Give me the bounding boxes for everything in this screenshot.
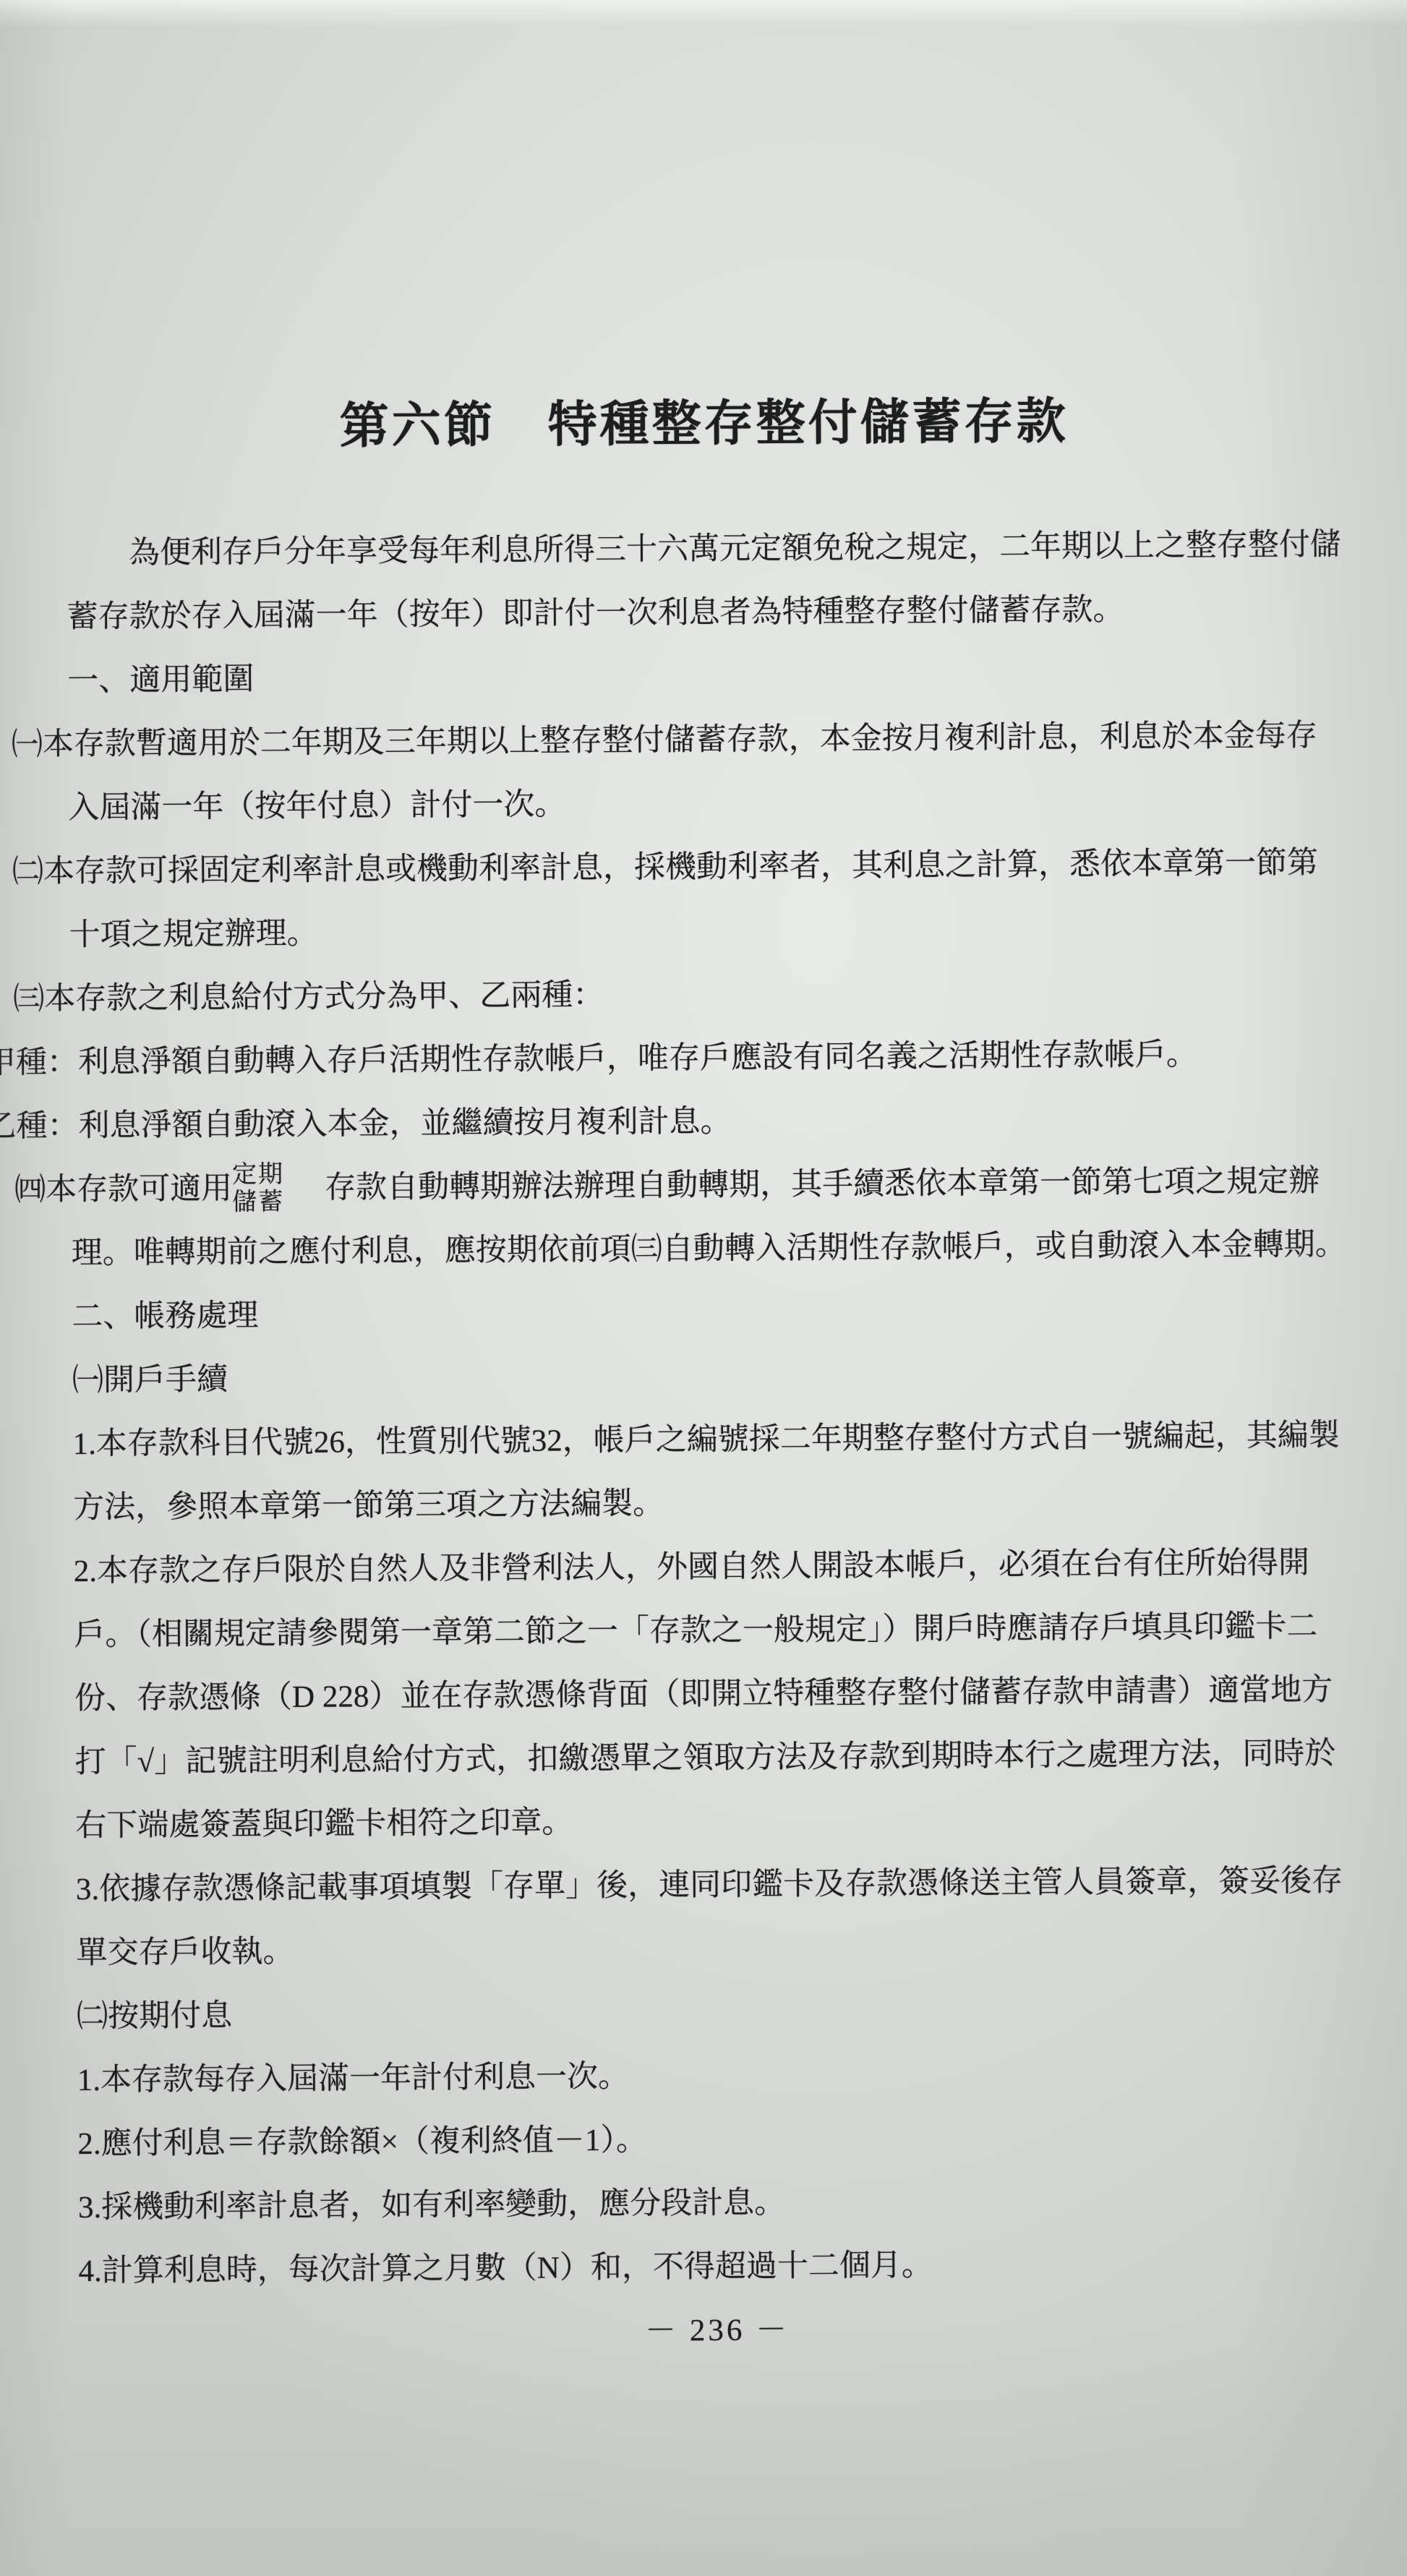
list-marker: ㈢	[13, 982, 44, 1016]
item-number: 2.	[74, 1554, 98, 1588]
numbered-item: 1.本存款科目代號26，性質別代號32，帳戶之編號採二年期整存整付方式自一號編起…	[72, 1404, 1350, 1540]
section-heading-accounting: 二、帳務處理	[72, 1277, 1349, 1349]
numbered-item: 3.採機動利率計息者，如有利率變動，應分段計息。	[78, 2168, 1356, 2240]
stacked-term-top: 定期	[232, 1161, 325, 1189]
page-number: － 236 －	[79, 2295, 1356, 2367]
numbered-item: 3.依據存款憑條記載事項填製「存單」後，連同印鑑卡及存款憑條送主管人員簽章，簽妥…	[76, 1849, 1353, 1985]
list-marker: ㈠	[12, 727, 43, 761]
sub-item-type-b: 乙種：利息淨額自動滾入本金，並繼續按月複利計息。	[70, 1086, 1348, 1158]
item-number: 2.	[77, 2127, 101, 2161]
numbered-item: 2.應付利息＝存款餘額×（複利終值－1）。	[77, 2104, 1355, 2176]
stacked-term-bottom: 儲蓄	[232, 1189, 325, 1217]
list-item: ㈢本存款之利息給付方式分為甲、乙兩種：	[69, 959, 1347, 1031]
item-text: 依據存款憑條記載事項填製「存單」後，連同印鑑卡及存款憑條送主管人員簽章，簽妥後存…	[76, 1864, 1343, 1970]
section-heading-scope: 一、適用範圍	[67, 641, 1345, 713]
item-text: 應付利息＝存款餘額×（複利終值－1）。	[100, 2123, 647, 2161]
item-text: 本存款每存入屆滿一年計付利息一次。	[100, 2060, 629, 2097]
list-item: ㈠本存款暫適用於二年期及三年期以上整存整付儲蓄存款，本金按月複利計息，利息於本金…	[68, 704, 1346, 840]
document-body: 為便利存戶分年享受每年利息所得三十六萬元定額免稅之規定，二年期以上之整存整付儲蓄…	[67, 513, 1356, 2367]
list-text: 本存款暫適用於二年期及三年期以上整存整付儲蓄存款，本金按月複利計息，利息於本金每…	[43, 719, 1317, 825]
sub-item-text: 利息淨額自動滾入本金，並繼續按月複利計息。	[78, 1105, 731, 1143]
list-text: 本存款可適用	[46, 1172, 232, 1207]
list-marker: ㈡	[12, 855, 43, 889]
list-item: ㈣本存款可適用定期儲蓄存款自動轉期辦法辦理自動轉期，其手續悉依本章第一節第七項之…	[71, 1150, 1348, 1285]
sub-item-type-a: 甲種：利息淨額自動轉入存戶活期性存款帳戶，唯存戶應設有同名義之活期性存款帳戶。	[70, 1022, 1348, 1095]
subsection-heading-interest-payment: ㈡按期付息	[77, 1977, 1354, 2049]
list-text: 本存款之利息給付方式分為甲、乙兩種：	[44, 978, 604, 1016]
document-page: 第六節 特種整存整付儲蓄存款 為便利存戶分年享受每年利息所得三十六萬元定額免稅之…	[0, 0, 1407, 2576]
numbered-item: 4.計算利息時，每次計算之月數（N）和，不得超過十二個月。	[78, 2231, 1356, 2303]
item-number: 3.	[76, 1873, 100, 1907]
list-marker: ㈣	[14, 1173, 46, 1207]
intro-paragraph: 為便利存戶分年享受每年利息所得三十六萬元定額免稅之規定，二年期以上之整存整付儲蓄…	[67, 513, 1344, 649]
item-number: 1.	[72, 1427, 96, 1461]
item-text: 本存款科目代號26，性質別代號32，帳戶之編號採二年期整存整付方式自一號編起，其…	[73, 1418, 1340, 1525]
sub-item-label: 甲種：	[0, 1045, 78, 1080]
section-title: 第六節 特種整存整付儲蓄存款	[66, 392, 1343, 455]
item-number: 3.	[78, 2191, 102, 2225]
stacked-term: 定期儲蓄	[232, 1161, 325, 1217]
item-text: 採機動利率計息者，如有利率變動，應分段計息。	[101, 2186, 785, 2225]
numbered-item: 2.本存款之存戶限於自然人及非營利法人，外國自然人開設本帳戶，必須在台有住所始得…	[74, 1531, 1353, 1858]
list-item: ㈡本存款可採固定利率計息或機動利率計息，採機動利率者，其利息之計算，悉依本章第一…	[69, 831, 1346, 967]
page-content: 第六節 特種整存整付儲蓄存款 為便利存戶分年享受每年利息所得三十六萬元定額免稅之…	[66, 392, 1356, 2367]
item-number: 4.	[78, 2254, 102, 2288]
sub-item-label: 乙種：	[0, 1109, 79, 1144]
item-text: 計算利息時，每次計算之月數（N）和，不得超過十二個月。	[102, 2248, 933, 2288]
list-text: 本存款可採固定利率計息或機動利率計息，採機動利率者，其利息之計算，悉依本章第一節…	[43, 846, 1318, 952]
sub-item-text: 利息淨額自動轉入存戶活期性存款帳戶，唯存戶應設有同名義之活期性存款帳戶。	[78, 1037, 1197, 1079]
subsection-heading-account-opening: ㈠開戶手續	[72, 1340, 1350, 1413]
item-text: 本存款之存戶限於自然人及非營利法人，外國自然人開設本帳戶，必須在台有住所始得開戶…	[74, 1546, 1335, 1843]
numbered-item: 1.本存款每存入屆滿一年計付利息一次。	[77, 2040, 1354, 2113]
item-number: 1.	[77, 2063, 101, 2097]
